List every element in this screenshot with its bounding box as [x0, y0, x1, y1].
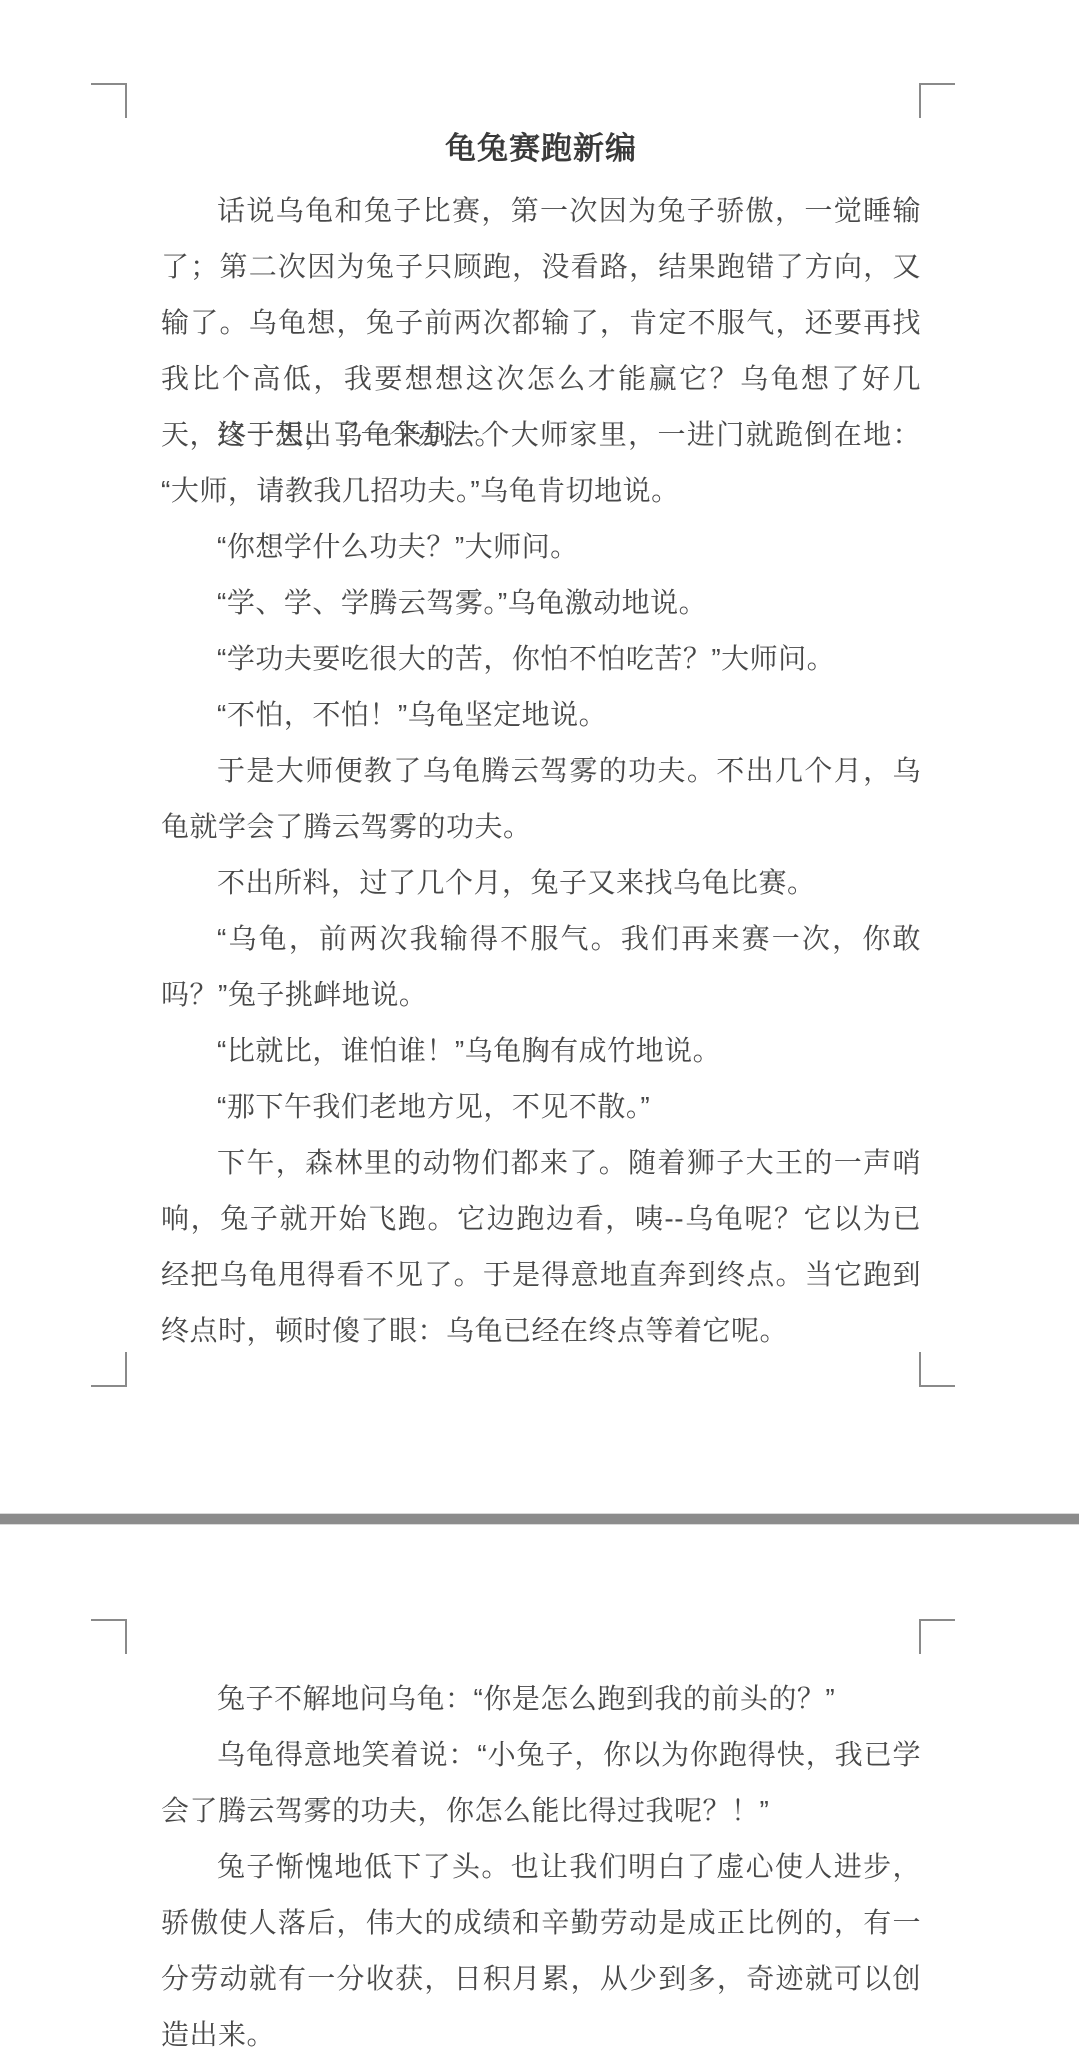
paragraph: 下午，森林里的动物们都来了。随着狮子大王的一声哨响，兔子就开始飞跑。它边跑边看，… — [161, 1135, 921, 1359]
paragraph: “你想学什么功夫？”大师问。 — [161, 519, 921, 575]
paragraph: 于是大师便教了乌龟腾云驾雾的功夫。不出几个月，乌龟就学会了腾云驾雾的功夫。 — [161, 743, 921, 855]
document-title: 龟兔赛跑新编 — [161, 128, 921, 170]
paragraph: “学、学、学腾云驾雾。”乌龟激动地说。 — [161, 575, 921, 631]
paragraph: “比就比，谁怕谁！”乌龟胸有成竹地说。 — [161, 1023, 921, 1079]
document-page-view: 龟兔赛跑新编 话说乌龟和兔子比赛，第一次因为兔子骄傲，一觉睡输了；第二次因为兔子… — [0, 0, 1079, 2058]
paragraph: 兔子惭愧地低下了头。也让我们明白了虚心使人进步，骄傲使人落后，伟大的成绩和辛勤劳… — [161, 1839, 921, 2058]
paragraph: “不怕，不怕！”乌龟坚定地说。 — [161, 687, 921, 743]
paragraph: 兔子不解地问乌龟：“你是怎么跑到我的前头的？” — [161, 1671, 921, 1727]
paragraph: “学功夫要吃很大的苦，你怕不怕吃苦？”大师问。 — [161, 631, 921, 687]
paragraph: 乌龟得意地笑着说：“小兔子，你以为你跑得快，我已学会了腾云驾雾的功夫，你怎么能比… — [161, 1727, 921, 1839]
paragraph: “那下午我们老地方见，不见不散。” — [161, 1079, 921, 1135]
paragraph: “乌龟，前两次我输得不服气。我们再来赛一次，你敢吗？”兔子挑衅地说。 — [161, 911, 921, 1023]
paragraph: 不出所料，过了几个月，兔子又来找乌龟比赛。 — [161, 855, 921, 911]
paragraph: 这一天，乌龟来到一个大师家里，一进门就跪倒在地：“大师，请教我几招功夫。”乌龟肯… — [161, 407, 921, 519]
page-separator — [0, 1513, 1079, 1525]
